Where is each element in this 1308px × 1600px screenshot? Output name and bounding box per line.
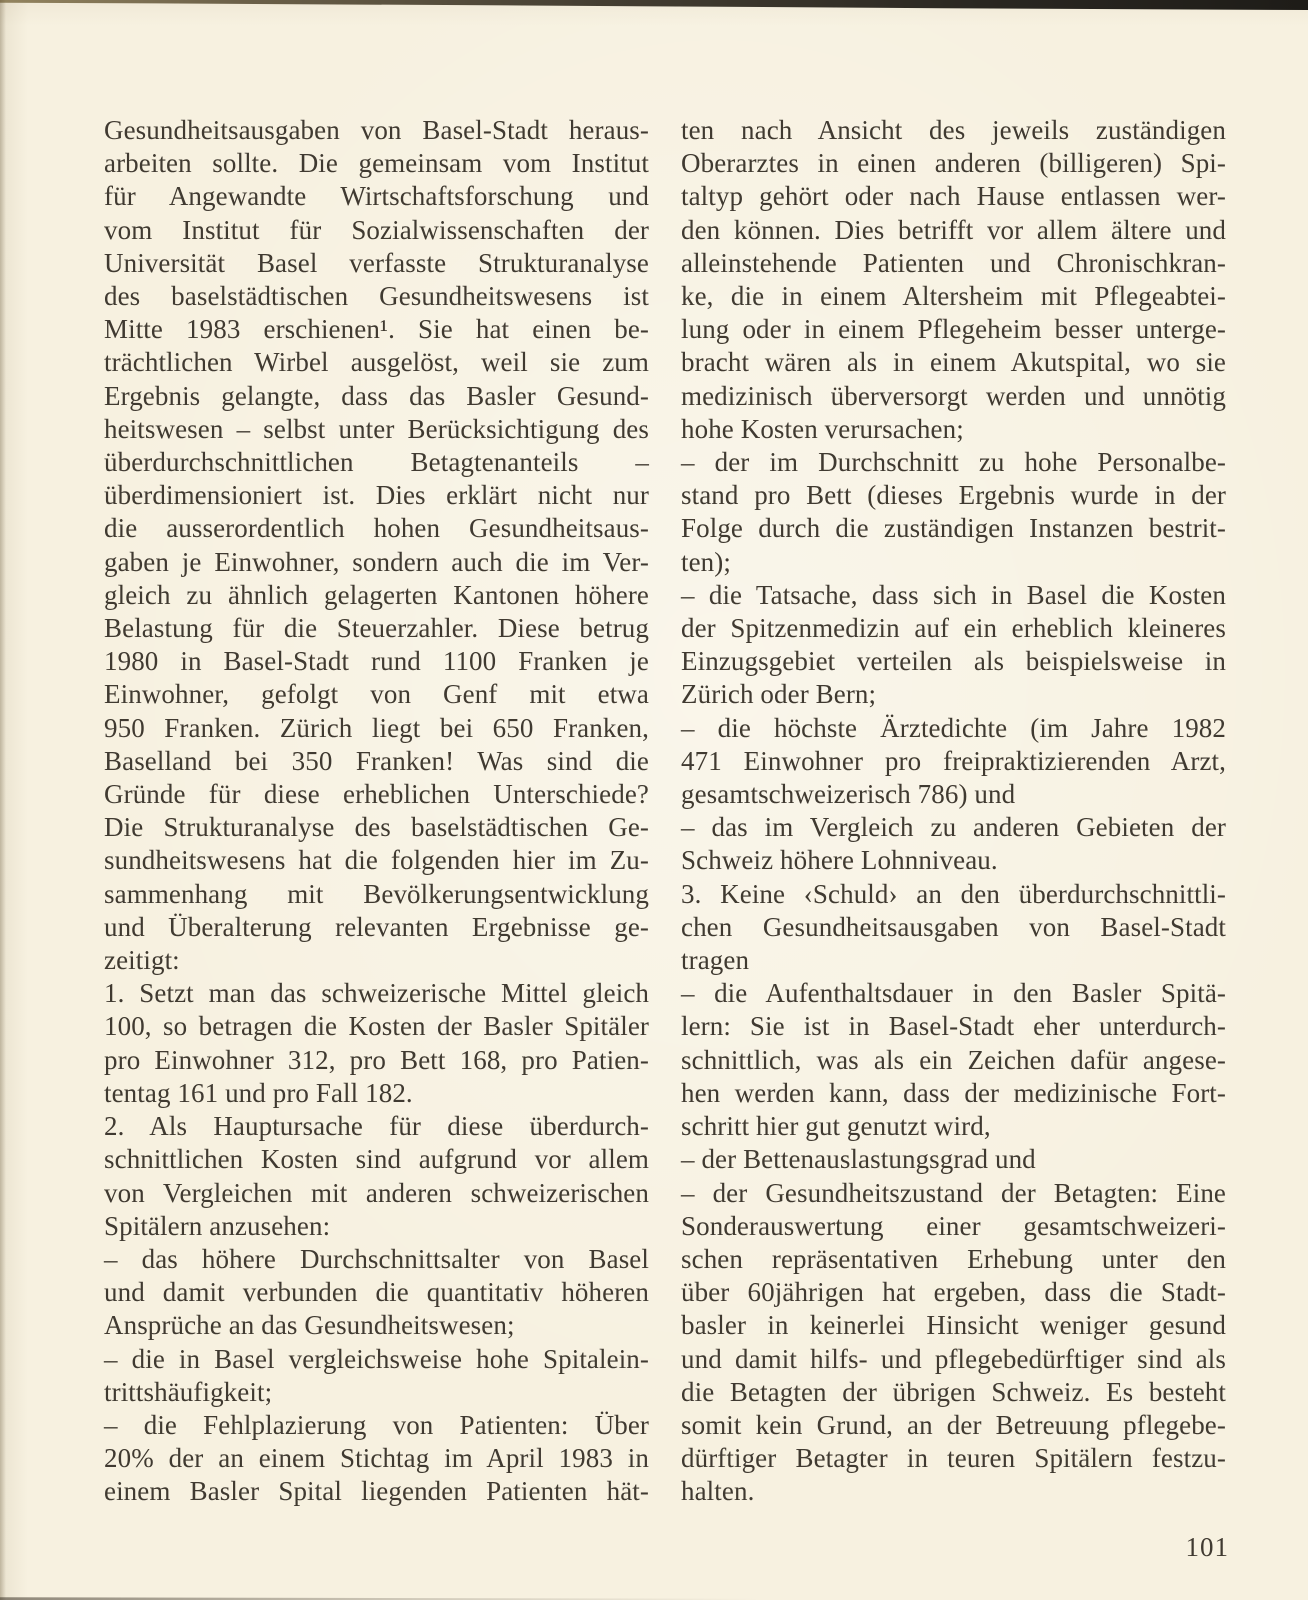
text-line: arbeiten sollte. Die gemeinsam vom Insti…: [104, 147, 649, 180]
text-line: alleinstehende Patienten und Chronischkr…: [681, 247, 1226, 280]
text-line: taltyp gehört oder nach Hause entlassen …: [681, 180, 1226, 213]
text-line: schen repräsentativen Erhebung unter den: [681, 1243, 1226, 1276]
text-line: – die Fehlplazierung von Patienten: Über: [104, 1409, 649, 1442]
text-line: Ansprüche an das Gesundheitswesen;: [104, 1309, 649, 1342]
text-line: hen werden kann, dass der medizinische F…: [681, 1077, 1226, 1110]
text-line: – die in Basel vergleichsweise hohe Spit…: [104, 1343, 649, 1376]
text-line: trittshäufigkeit;: [104, 1376, 649, 1409]
text-line: und damit verbunden die quantitativ höhe…: [104, 1276, 649, 1309]
text-line: zeitigt:: [104, 944, 649, 977]
text-line: gesamtschweizerisch 786) und: [681, 778, 1226, 811]
text-line: 2. Als Hauptursache für diese überdurch-: [104, 1110, 649, 1143]
text-line: trächtlichen Wirbel ausgelöst, weil sie …: [104, 346, 649, 379]
text-line: bracht wären als in einem Akutspital, wo…: [681, 346, 1226, 379]
text-line: – die höchste Ärztedichte (im Jahre 1982: [681, 712, 1226, 745]
text-line: Universität Basel verfasste Strukturanal…: [104, 247, 649, 280]
text-line: hohe Kosten verursachen;: [681, 413, 1226, 446]
text-line: einem Basler Spital liegenden Patienten …: [104, 1475, 649, 1508]
text-line: Ergebnis gelangte, dass das Basler Gesun…: [104, 380, 649, 413]
text-line: – der Bettenauslastungsgrad und: [681, 1143, 1226, 1176]
article-text-block: Gesundheitsausgaben von Basel-Stadt hera…: [104, 114, 1226, 1509]
text-line: Einwohner, gefolgt von Genf mit etwa: [104, 678, 649, 711]
text-line: schritt hier gut genutzt wird,: [681, 1110, 1226, 1143]
text-line: 1980 in Basel-Stadt rund 1100 Franken je: [104, 645, 649, 678]
text-line: und Überalterung relevanten Ergebnisse g…: [104, 911, 649, 944]
text-line: überdimensioniert ist. Dies erklärt nich…: [104, 479, 649, 512]
text-line: lung oder in einem Pflegeheim besser unt…: [681, 313, 1226, 346]
text-line: – die Tatsache, dass sich in Basel die K…: [681, 579, 1226, 612]
text-line: schnittlichen Kosten sind aufgrund vor a…: [104, 1143, 649, 1176]
text-line: tentag 161 und pro Fall 182.: [104, 1077, 649, 1110]
text-line: gleich zu ähnlich gelagerten Kantonen hö…: [104, 579, 649, 612]
text-line: tragen: [681, 944, 1226, 977]
text-line: ke, die in einem Altersheim mit Pflegeab…: [681, 280, 1226, 313]
text-line: Sonderauswertung einer gesamtschweizeri-: [681, 1210, 1226, 1243]
text-line: 3. Keine ‹Schuld› an den überdurchschnit…: [681, 878, 1226, 911]
text-line: sammenhang mit Bevölkerungsentwicklung: [104, 878, 649, 911]
text-line: und damit hilfs- und pflegebedürftiger s…: [681, 1343, 1226, 1376]
text-line: dürftiger Betagter in teuren Spitälern f…: [681, 1442, 1226, 1475]
text-line: somit kein Grund, an der Betreuung pfleg…: [681, 1409, 1226, 1442]
text-line: für Angewandte Wirtschaftsforschung und: [104, 180, 649, 213]
text-line: halten.: [681, 1475, 1226, 1508]
text-line: – der im Durchschnitt zu hohe Personalbe…: [681, 446, 1226, 479]
text-line: über 60jährigen hat ergeben, dass die St…: [681, 1276, 1226, 1309]
text-line: – die Aufenthaltsdauer in den Basler Spi…: [681, 977, 1226, 1010]
text-line: ten);: [681, 546, 1226, 579]
page-number: 101: [684, 1532, 1229, 1563]
text-line: – der Gesundheitszustand der Betagten: E…: [681, 1177, 1226, 1210]
scan-bottom-edge-artifact: [0, 1595, 760, 1600]
text-line: 100, so betragen die Kosten der Basler S…: [104, 1010, 649, 1043]
text-line: Gründe für diese erheblichen Unterschied…: [104, 778, 649, 811]
text-line: der Spitzenmedizin auf ein erheblich kle…: [681, 612, 1226, 645]
text-line: pro Einwohner 312, pro Bett 168, pro Pat…: [104, 1044, 649, 1077]
text-line: Oberarztes in einen anderen (billigeren)…: [681, 147, 1226, 180]
text-line: 20% der an einem Stichtag im April 1983 …: [104, 1442, 649, 1475]
text-line: lern: Sie ist in Basel-Stadt eher unterd…: [681, 1010, 1226, 1043]
text-line: Zürich oder Bern;: [681, 678, 1226, 711]
text-line: Belastung für die Steuerzahler. Diese be…: [104, 612, 649, 645]
text-line: Mitte 1983 erschienen¹. Sie hat einen be…: [104, 313, 649, 346]
text-line: Schweiz höhere Lohnniveau.: [681, 844, 1226, 877]
text-line: – das höhere Durchschnittsalter von Base…: [104, 1243, 649, 1276]
text-line: schnittlich, was als ein Zeichen dafür a…: [681, 1044, 1226, 1077]
text-line: gaben je Einwohner, sondern auch die im …: [104, 546, 649, 579]
text-line: basler in keinerlei Hinsicht weniger ges…: [681, 1309, 1226, 1342]
text-line: sundheitswesens hat die folgenden hier i…: [104, 844, 649, 877]
scan-top-edge-artifact: [0, 0, 1308, 10]
text-line: stand pro Bett (dieses Ergebnis wurde in…: [681, 479, 1226, 512]
text-line: Einzugsgebiet verteilen als beispielswei…: [681, 645, 1226, 678]
text-line: – das im Vergleich zu anderen Gebieten d…: [681, 811, 1226, 844]
text-line: vom Institut für Sozialwissenschaften de…: [104, 214, 649, 247]
text-line: 471 Einwohner pro freipraktizierenden Ar…: [681, 745, 1226, 778]
text-line: chen Gesundheitsausgaben von Basel-Stadt: [681, 911, 1226, 944]
text-line: 950 Franken. Zürich liegt bei 650 Franke…: [104, 712, 649, 745]
text-line: Baselland bei 350 Franken! Was sind die: [104, 745, 649, 778]
text-line: 1. Setzt man das schweizerische Mittel g…: [104, 977, 649, 1010]
text-line: Spitälern anzusehen:: [104, 1210, 649, 1243]
scan-left-edge-artifact: [0, 0, 6, 1600]
text-line: von Vergleichen mit anderen schweizerisc…: [104, 1177, 649, 1210]
text-line: des baselstädtischen Gesundheitswesens i…: [104, 280, 649, 313]
text-line: heitswesen – selbst unter Berücksichtigu…: [104, 413, 649, 446]
text-line: Die Strukturanalyse des baselstädtischen…: [104, 811, 649, 844]
text-line: den können. Dies betrifft vor allem älte…: [681, 214, 1226, 247]
text-line: die Betagten der übrigen Schweiz. Es bes…: [681, 1376, 1226, 1409]
text-line: Folge durch die zuständigen Instanzen be…: [681, 512, 1226, 545]
column-right: ten nach Ansicht des jeweils zuständigen…: [681, 114, 1226, 1509]
column-left: Gesundheitsausgaben von Basel-Stadt hera…: [104, 114, 649, 1509]
text-line: die ausserordentlich hohen Gesundheitsau…: [104, 512, 649, 545]
text-line: Gesundheitsausgaben von Basel-Stadt hera…: [104, 114, 649, 147]
text-line: medizinisch überversorgt werden und unnö…: [681, 380, 1226, 413]
text-line: überdurchschnittlichen Betagtenanteils –: [104, 446, 649, 479]
text-line: ten nach Ansicht des jeweils zuständigen: [681, 114, 1226, 147]
